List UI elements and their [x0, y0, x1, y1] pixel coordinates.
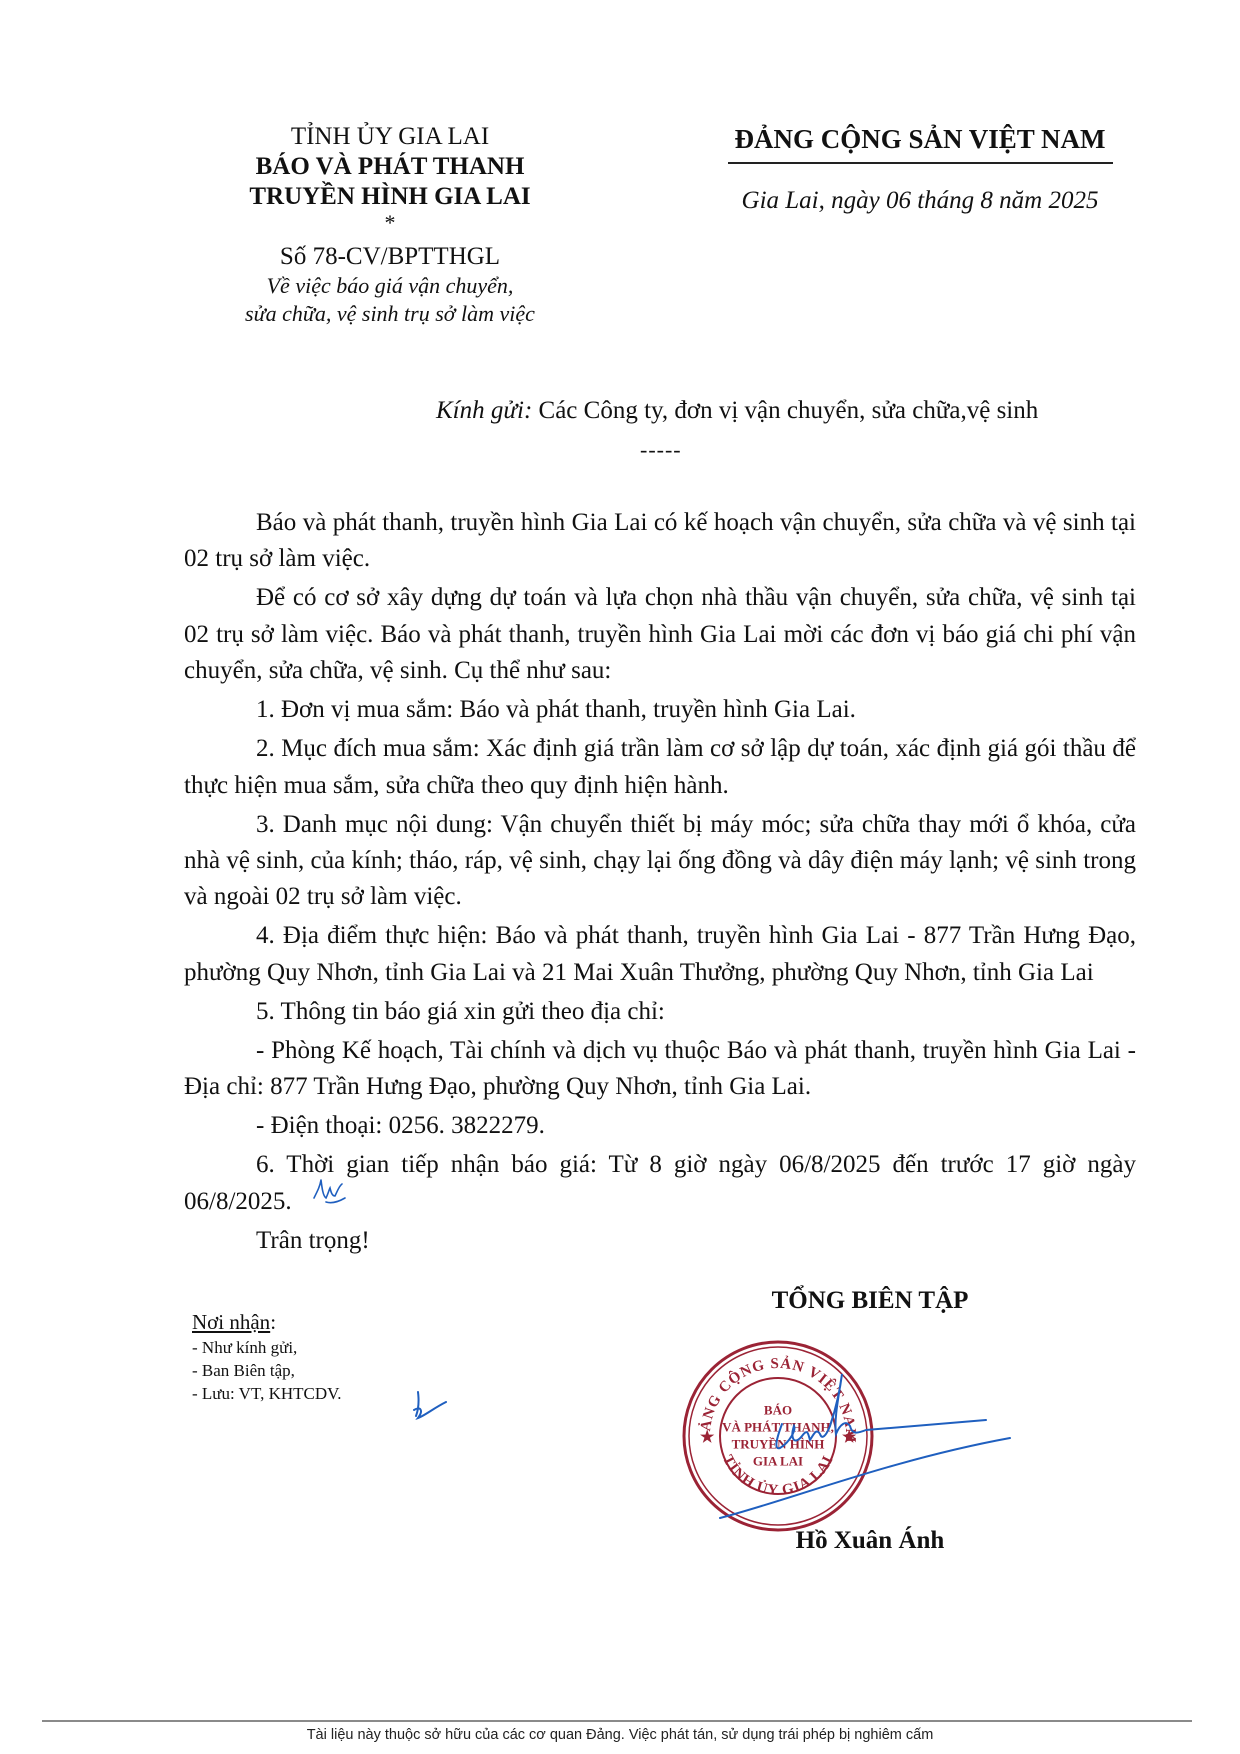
document-number: Số 78-CV/BPTTHGL: [190, 242, 590, 272]
distribution-item: - Như kính gửi,: [192, 1336, 512, 1359]
handwritten-initial-icon: [312, 1176, 348, 1206]
body-paragraph: - Điện thoại: 0256. 3822279.: [184, 1108, 1136, 1144]
body-paragraph: Để có cơ sở xây dựng dự toán và lựa chọn…: [184, 580, 1136, 689]
addressee-label: Kính gửi:: [436, 397, 532, 424]
distribution-title: Nơi nhận: [192, 1310, 270, 1334]
handwritten-signature-icon: [690, 1330, 1020, 1540]
party-header: ĐẢNG CỘNG SẢN VIỆT NAM Gia Lai, ngày 06 …: [700, 122, 1140, 216]
distribution-item: - Ban Biên tập,: [192, 1359, 512, 1382]
addressee: Kính gửi: Các Công ty, đơn vị vận chuyển…: [436, 395, 1038, 427]
signature-block: TỔNG BIÊN TẬP Hồ Xuân Ánh: [700, 1285, 1040, 1317]
separator-dashes: -----: [640, 437, 682, 463]
agency-name-line1: BÁO VÀ PHÁT THANH: [190, 152, 590, 182]
subject-line-1: Về việc báo giá vận chuyển,: [190, 272, 590, 300]
body-paragraph: 5. Thông tin báo giá xin gửi theo địa ch…: [184, 994, 1136, 1030]
body-paragraph: - Phòng Kế hoạch, Tài chính và dịch vụ t…: [184, 1033, 1136, 1106]
party-name: ĐẢNG CỘNG SẢN VIỆT NAM: [700, 122, 1140, 156]
closing-phrase: Trân trọng!: [184, 1223, 1136, 1259]
handwritten-initial-icon: [410, 1390, 450, 1424]
place-and-date: Gia Lai, ngày 06 tháng 8 năm 2025: [700, 186, 1140, 216]
body-paragraph: 2. Mục đích mua sắm: Xác định giá trần l…: [184, 731, 1136, 804]
body-paragraph: 1. Đơn vị mua sắm: Báo và phát thanh, tr…: [184, 692, 1136, 728]
confidentiality-notice: Tài liệu này thuộc sở hữu của các cơ qua…: [0, 1727, 1240, 1743]
signer-role: TỔNG BIÊN TẬP: [700, 1285, 1040, 1317]
parent-agency: TỈNH ỦY GIA LAI: [190, 122, 590, 152]
body-paragraph: 4. Địa điểm thực hiện: Báo và phát thanh…: [184, 918, 1136, 991]
distribution-list: Nơi nhận: - Như kính gửi, - Ban Biên tập…: [192, 1308, 512, 1405]
subject-line-2: sửa chữa, vệ sinh trụ sở làm việc: [190, 300, 590, 328]
footer-divider: [42, 1720, 1192, 1722]
issuing-agency-header: TỈNH ỦY GIA LAI BÁO VÀ PHÁT THANH TRUYỀN…: [190, 122, 590, 328]
letter-body: Báo và phát thanh, truyền hình Gia Lai c…: [184, 505, 1136, 1262]
agency-name-line2: TRUYỀN HÌNH GIA LAI: [190, 182, 590, 212]
body-paragraph: 3. Danh mục nội dung: Vận chuyển thiết b…: [184, 807, 1136, 916]
addressee-value: Các Công ty, đơn vị vận chuyển, sửa chữa…: [532, 397, 1038, 424]
star-separator: *: [190, 212, 590, 234]
distribution-item: - Lưu: VT, KHTCDV.: [192, 1382, 512, 1405]
party-name-underline: [728, 162, 1113, 164]
body-paragraph: Báo và phát thanh, truyền hình Gia Lai c…: [184, 505, 1136, 578]
